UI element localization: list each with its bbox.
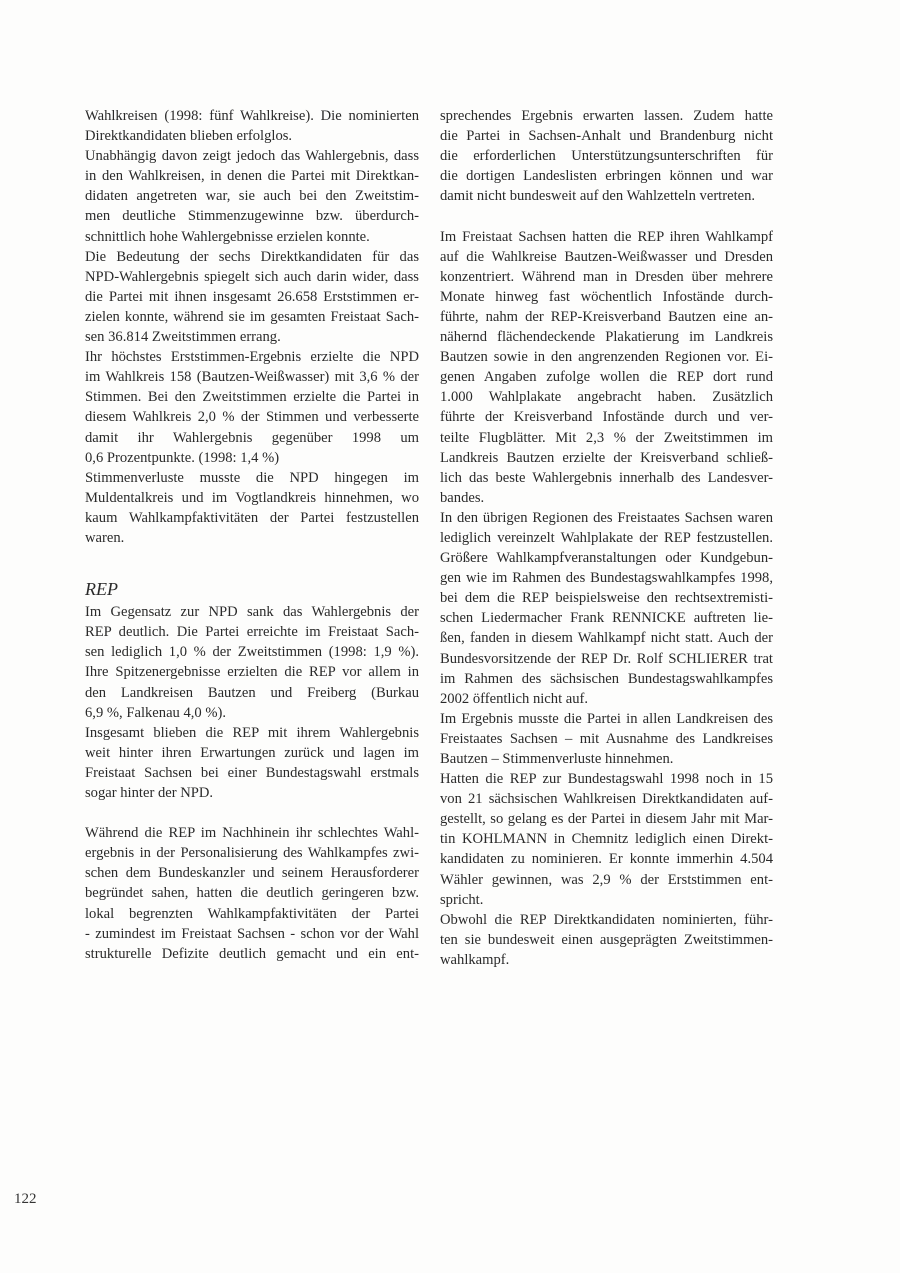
text-line: die Partei mit ihnen insgesamt 26.658 Er… (85, 287, 419, 307)
text-line: ßen, fanden in diesem Wahlkampf nicht st… (440, 628, 773, 648)
text-line: genen Angaben zufolge wollen die REP dor… (440, 367, 773, 387)
text-line: Ihr höchstes Erststimmen-Ergebnis erziel… (85, 347, 419, 367)
text-line: diesem Wahlkreis 2,0 % der Stimmen und v… (85, 407, 419, 427)
text-line: Bautzen sowie in den angrenzenden Region… (440, 347, 773, 367)
text-line: REP deutlich. Die Partei erreichte im Fr… (85, 622, 419, 642)
text-line: 2002 öffentlich nicht auf. (440, 689, 773, 709)
text-line: von 21 sächsischen Wahlkreisen Direktkan… (440, 789, 773, 809)
spacer (85, 803, 419, 823)
text-line: im Wahlkreis 158 (Bautzen-Weißwasser) mi… (85, 367, 419, 387)
section-heading-rep: REP (85, 576, 419, 602)
text-line: zielen konnte, während sie im gesamten F… (85, 307, 419, 327)
paragraph-candidate-significance: Die Bedeutung der sechs Direktkandidaten… (85, 247, 419, 347)
text-line: in den Wahlkreisen, in denen die Partei … (85, 166, 419, 186)
text-line: Freistaat Sachsen bei einer Bundestagswa… (85, 763, 419, 783)
text-line: Wähler gewinnen, was 2,9 % der Erststimm… (440, 870, 773, 890)
text-line: führte, nahm der REP-Kreisverband Bautze… (440, 307, 773, 327)
page-number: 122 (14, 1191, 37, 1208)
spacer (85, 548, 419, 568)
text-line: Stimmen. Bei den Zweitstimmen erzielte d… (85, 387, 419, 407)
text-line: strukturelle Defizite deutlich gemacht u… (85, 944, 419, 964)
text-line: NPD-Wahlergebnis spiegelt sich auch dari… (85, 267, 419, 287)
paragraph-vote-losses: Stimmenverluste musste die NPD hingegen … (85, 468, 419, 548)
text-line: Bautzen – Stimmenverluste hinnehmen. (440, 749, 773, 769)
text-line: 1.000 Wahlplakate angebracht haben. Zusä… (440, 387, 773, 407)
text-line: schnittlich hohe Wahlergebnisse erzielen… (85, 227, 419, 247)
paragraph-second-vote-campaign: Obwohl die REP Direktkandidaten nominier… (440, 910, 773, 970)
text-line: weit hinter ihren Erwartungen zurück und… (85, 743, 419, 763)
text-line: gestellt, so gelang es der Partei in die… (440, 809, 773, 829)
text-line: lediglich vereinzelt Wahlplakate der REP… (440, 528, 773, 548)
text-line: begründet sahen, hatten die deutlich ger… (85, 883, 419, 903)
text-line: nähernd flächendeckende Plakatierung im … (440, 327, 773, 347)
text-line: auf die Wahlkreise Bautzen-Weißwasser un… (440, 247, 773, 267)
document-page: Wahlkreisen (1998: fünf Wahlkreise). Die… (0, 0, 900, 1273)
text-line: Im Gegensatz zur NPD sank das Wahlergebn… (85, 602, 419, 622)
text-line: Unabhängig davon zeigt jedoch das Wahler… (85, 146, 419, 166)
spacer (440, 206, 773, 226)
text-line: lich das beste Wahlergebnis innerhalb de… (440, 468, 773, 488)
text-line: Insgesamt blieben die REP mit ihrem Wahl… (85, 723, 419, 743)
text-line: men deutliche Stimmenzugewinne bzw. über… (85, 206, 419, 226)
text-line: teilte Flugblätter. Mit 2,3 % der Zweits… (440, 428, 773, 448)
text-line: wahlkampf. (440, 950, 773, 970)
paragraph-rep-result: Im Gegensatz zur NPD sank das Wahlergebn… (85, 602, 419, 723)
left-column: Wahlkreisen (1998: fünf Wahlkreise). Die… (85, 106, 419, 964)
paragraph-direct-candidates-rep: Hatten die REP zur Bundestagswahl 1998 n… (440, 769, 773, 910)
text-line: bei dem die REP beispielsweise den recht… (440, 588, 773, 608)
text-line: Bundesvorsitzende der REP Dr. Rolf SCHLI… (440, 649, 773, 669)
text-line: Während die REP im Nachhinein ihr schlec… (85, 823, 419, 843)
paragraph-vote-losses-rep: Im Ergebnis musste die Partei in allen L… (440, 709, 773, 769)
text-line: konzentriert. Während man in Dresden übe… (440, 267, 773, 287)
text-line: die Partei in Sachsen-Anhalt und Branden… (440, 126, 773, 146)
text-line: didaten angetreten war, sie auch bei den… (85, 186, 419, 206)
paragraph-other-regions: In den übrigen Regionen des Freistaates … (440, 508, 773, 709)
text-line: sen 36.814 Zweitstimmen errang. (85, 327, 419, 347)
text-line: sprechendes Ergebnis erwarten lassen. Zu… (440, 106, 773, 126)
text-line: Monate hinweg fast wöchentlich Infoständ… (440, 287, 773, 307)
text-line: 0,6 Prozentpunkte. (1998: 1,4 %) (85, 448, 419, 468)
text-line: die dortigen Landeslisten erbringen könn… (440, 166, 773, 186)
text-line: damit ihr Wahlergebnis gegenüber 1998 um (85, 428, 419, 448)
text-line: Die Bedeutung der sechs Direktkandidaten… (85, 247, 419, 267)
text-line: kaum Wahlkampfaktivitäten der Partei fes… (85, 508, 419, 528)
text-line: 6,9 %, Falkenau 4,0 %). (85, 703, 419, 723)
text-line: bandes. (440, 488, 773, 508)
text-line: waren. (85, 528, 419, 548)
text-line: gen wie im Rahmen des Bundestagswahlkamp… (440, 568, 773, 588)
text-line: die erforderlichen Unterstützungsuntersc… (440, 146, 773, 166)
paragraph-direct-candidates-effect: Unabhängig davon zeigt jedoch das Wahler… (85, 146, 419, 246)
text-line: Landkreis Bautzen erzielte der Kreisverb… (440, 448, 773, 468)
text-line: schen dem Bundeskanzler und seinem Herau… (85, 863, 419, 883)
text-line: lokal begrenzten Wahlkampfaktivitäten de… (85, 904, 419, 924)
text-line: Obwohl die REP Direktkandidaten nominier… (440, 910, 773, 930)
text-line: im Rahmen des sächsischen Bundestagswahl… (440, 669, 773, 689)
text-line: In den übrigen Regionen des Freistaates … (440, 508, 773, 528)
text-line: Freistaates Sachsen – mit Ausnahme des L… (440, 729, 773, 749)
paragraph-continuation: Wahlkreisen (1998: fünf Wahlkreise). Die… (85, 106, 419, 146)
right-column: sprechendes Ergebnis erwarten lassen. Zu… (440, 106, 773, 970)
paragraph-rep-expectations: Insgesamt blieben die REP mit ihrem Wahl… (85, 723, 419, 803)
text-line: schen Liedermacher Frank RENNICKE auftre… (440, 608, 773, 628)
text-line: tin KOHLMANN in Chemnitz lediglich einen… (440, 829, 773, 849)
text-line: Ihre Spitzenergebnisse erzielten die REP… (85, 662, 419, 682)
text-line: Direktkandidaten blieben erfolglos. (85, 126, 419, 146)
text-line: führte der Kreisverband Infostände durch… (440, 407, 773, 427)
paragraph-rep-explanation: Während die REP im Nachhinein ihr schlec… (85, 823, 419, 964)
text-line: sogar hinter der NPD. (85, 783, 419, 803)
text-line: den Landkreisen Bautzen und Freiberg (Bu… (85, 683, 419, 703)
text-line: ergebnis in der Personalisierung des Wah… (85, 843, 419, 863)
text-line: sen lediglich 1,0 % der Zweitstimmen (19… (85, 642, 419, 662)
text-line: Im Ergebnis musste die Partei in allen L… (440, 709, 773, 729)
paragraph-saxony-campaign: Im Freistaat Sachsen hatten die REP ihre… (440, 227, 773, 508)
paragraph-continuation-right: sprechendes Ergebnis erwarten lassen. Zu… (440, 106, 773, 206)
text-line: ten sie bundesweit einen ausgeprägten Zw… (440, 930, 773, 950)
text-line: Größere Wahlkampfveranstaltungen oder Ku… (440, 548, 773, 568)
text-line: - zumindest im Freistaat Sachsen - schon… (85, 924, 419, 944)
text-line: Muldentalkreis und im Vogtlandkreis hinn… (85, 488, 419, 508)
text-line: spricht. (440, 890, 773, 910)
text-line: Stimmenverluste musste die NPD hingegen … (85, 468, 419, 488)
text-line: damit nicht bundesweit auf den Wahlzette… (440, 186, 773, 206)
text-line: Hatten die REP zur Bundestagswahl 1998 n… (440, 769, 773, 789)
text-line: kandidaten zu nominieren. Er konnte imme… (440, 849, 773, 869)
text-line: Im Freistaat Sachsen hatten die REP ihre… (440, 227, 773, 247)
paragraph-best-result: Ihr höchstes Erststimmen-Ergebnis erziel… (85, 347, 419, 468)
text-line: Wahlkreisen (1998: fünf Wahlkreise). Die… (85, 106, 419, 126)
